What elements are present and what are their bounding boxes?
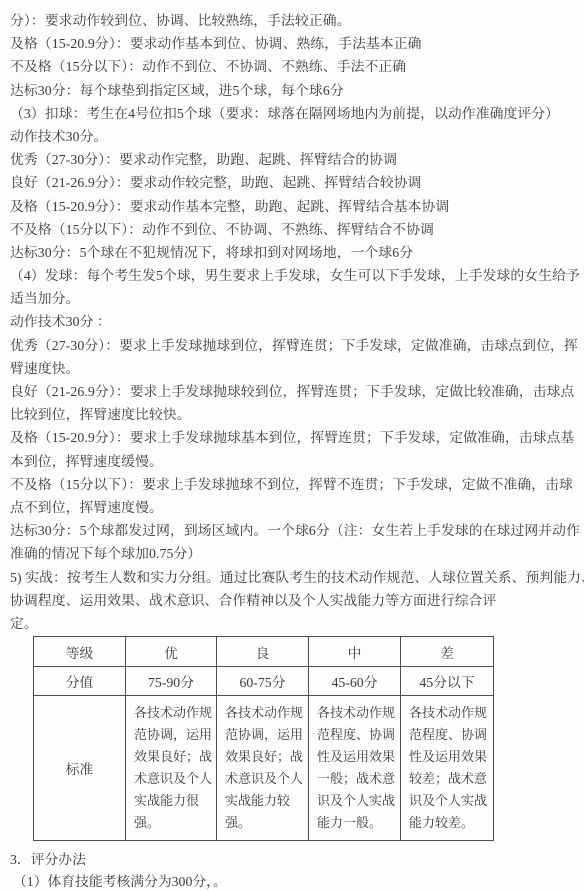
standard-row: 标准 各技术动作规范协调，运用效果良好；战术意识及个人实战能力很强。 各技术动作… [34, 696, 494, 841]
doc-line: 不及格（15分以下）：要求上手发球抛球不到位，挥臂不连贯；下手发球，定做不准确，… [10, 473, 584, 496]
standard-cell: 各技术动作规范程度、协调性及运用效果一般；战术意识及个人实战能力一般。 [309, 696, 401, 841]
score-cell: 75-90分 [126, 667, 217, 696]
doc-line: 比较到位，挥臂速度比较快。 [10, 403, 584, 426]
doc-line: 点不到位，挥臂速度慢。 [10, 496, 584, 519]
standard-row-label: 标准 [34, 696, 126, 841]
doc-line: 分）：要求动作较到位、协调、比较熟练，手法较正确。 [10, 9, 584, 32]
doc-line: 优秀（27-30分）：要求上手发球抛球到位，挥臂连贯；下手发球，定做准确，击球点… [10, 334, 584, 357]
header-cell-excellent: 优 [126, 637, 217, 667]
document-body: 分）：要求动作较到位、协调、比较熟练，手法较正确。 及格（15-20.9分）：要… [0, 0, 584, 635]
doc-line: 良好（21-26.9分）：要求动作较完整，助跑、起跳、挥臂结合较协调 [10, 171, 584, 194]
standard-cell: 各技术动作规范程度、协调性及运用效果较差；战术意识及个人实战能力较差。 [401, 696, 494, 841]
document-page: 分）：要求动作较到位、协调、比较熟练，手法较正确。 及格（15-20.9分）：要… [0, 0, 584, 891]
footer-heading: 3．评分办法 [10, 849, 584, 871]
standard-cell: 各技术动作规范协调，运用效果良好；战术意识及个人实战能力很强。 [126, 696, 217, 841]
doc-line: 本到位，挥臂速度缓慢。 [10, 450, 584, 473]
footer-item: （1）体育技能考核满分为300分，。 [10, 871, 584, 891]
doc-line: 动作技术30分 ： [10, 310, 584, 333]
doc-line: 适当加分。 [10, 287, 584, 310]
doc-line: 动作技术30分。 [10, 125, 584, 148]
doc-line: 达标30分：5个球在不犯规情况下，将球扣到对网场地，一个球6分 [10, 241, 584, 264]
score-row: 分值 75-90分 60-75分 45-60分 45分以下 [34, 667, 494, 696]
doc-line: 及格（15-20.9分）：要求动作基本到位、协调、熟练，手法基本正确 [10, 32, 584, 55]
doc-line: 优秀（27-30分）：要求动作完整，助跑、起跳、挥臂结合的协调 [10, 148, 584, 171]
doc-line: 不及格（15分以下）：动作不到位、不协调、不熟练、挥臂结合不协调 [10, 218, 584, 241]
footer-section: 3．评分办法 （1）体育技能考核满分为300分，。 [0, 849, 584, 891]
header-cell-poor: 差 [401, 637, 494, 667]
header-cell-medium: 中 [309, 637, 401, 667]
doc-line: 达标30分：5个球都发过网，到场区域内。一个球6分（注：女生若上手发球的在球过网… [10, 519, 584, 542]
doc-line: 达标30分：每个球垫到指定区域，进5个球，每个球6分 [10, 79, 584, 102]
header-cell-grade: 等级 [34, 637, 126, 667]
doc-line: 臂速度快。 [10, 357, 584, 380]
doc-line: （4）发球：每个考生发5个球，男生要求上手发球，女生可以下手发球，上手发球的女生… [10, 264, 584, 287]
doc-line: 定。 [10, 612, 584, 635]
score-cell: 45分以下 [401, 667, 494, 696]
doc-line: 协调程度、运用效果、战术意识、合作精神以及个人实战能力等方面进行综合评 [10, 589, 584, 612]
doc-line: 及格（15-20.9分）：要求上手发球抛球基本到位，挥臂连贯；下手发球，定做准确… [10, 426, 584, 449]
score-cell: 60-75分 [217, 667, 309, 696]
score-cell: 45-60分 [309, 667, 401, 696]
doc-line: （3）扣球：考生在4号位扣5个球（要求：球落在隔网场地内为前提，以动作准确度评分… [10, 102, 584, 125]
header-cell-good: 良 [217, 637, 309, 667]
doc-line: 准确的情况下每个球加0.75分） [10, 542, 584, 565]
doc-line: 良好（21-26.9分）：要求上手发球抛球较到位，挥臂连贯；下手发球，定做比较准… [10, 380, 584, 403]
doc-line: 及格（15-20.9分）：要求动作基本完整，助跑、起跳、挥臂结合基本协调 [10, 195, 584, 218]
score-row-label: 分值 [34, 667, 126, 696]
standard-cell: 各技术动作规范协调，运用效果良好；战术意识及个人实战能力较强。 [217, 696, 309, 841]
table-header-row: 等级 优 良 中 差 [34, 637, 494, 667]
doc-line: 不及格（15分以下）：动作不到位、不协调、不熟练、手法不正确 [10, 55, 584, 78]
doc-line: 5) 实战：按考生人数和实力分组。通过比赛队考生的技术动作规范、人球位置关系、预… [10, 566, 584, 589]
grade-table: 等级 优 良 中 差 分值 75-90分 60-75分 45-60分 45分以下… [33, 636, 494, 841]
